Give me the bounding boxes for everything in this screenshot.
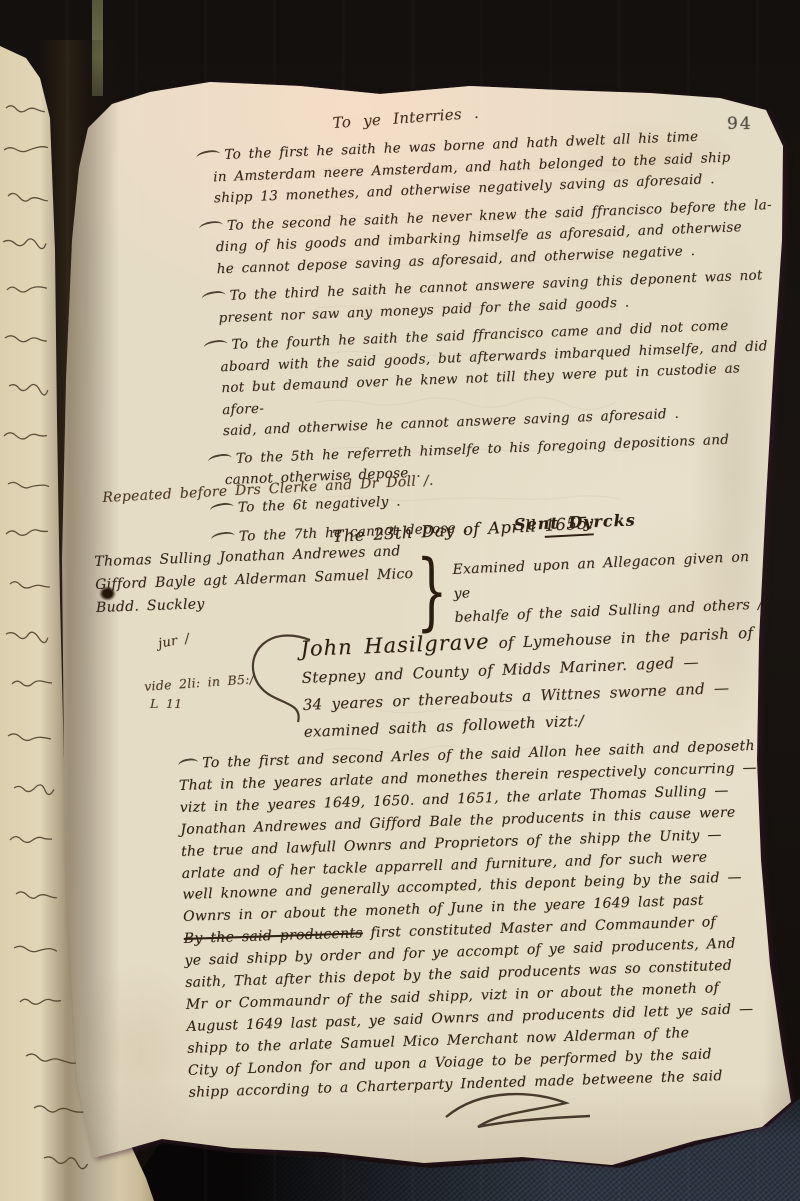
deponent-intro: John Hasilgrave of Lymehouse in the pari… — [300, 617, 776, 746]
page-heading: To ye Interries . — [332, 104, 480, 132]
struck-text: By the said producents — [184, 926, 363, 948]
answer-paragraph: To the fourth he saith the said ffrancis… — [203, 314, 783, 444]
manuscript-page: To ye Interries . 94 To the first he sai… — [0, 0, 800, 1201]
examination-note: Examined upon an Allegacon given on ye b… — [452, 544, 775, 630]
deponent-name: John Hasilgrave — [300, 629, 490, 661]
margin-note-vide: vide 2li: in B5:/ — [144, 671, 255, 694]
margin-note-jurat: jur / — [157, 631, 191, 651]
photo-background: To ye Interries . 94 To the first he sai… — [0, 0, 800, 1201]
case-brace: } — [416, 542, 448, 640]
deposition-body: To the first and second Arles of the sai… — [178, 735, 789, 1104]
intro-text: of Lymehouse in the parish of — [498, 624, 753, 652]
parties-block: Thomas Sulling Jonathan Andrewes and Gif… — [94, 539, 436, 620]
margin-note-amount: L 11 — [150, 696, 182, 711]
date-year: 1655: — [544, 513, 594, 538]
parchment: To ye Interries . 94 To the first he sai… — [0, 0, 800, 1201]
